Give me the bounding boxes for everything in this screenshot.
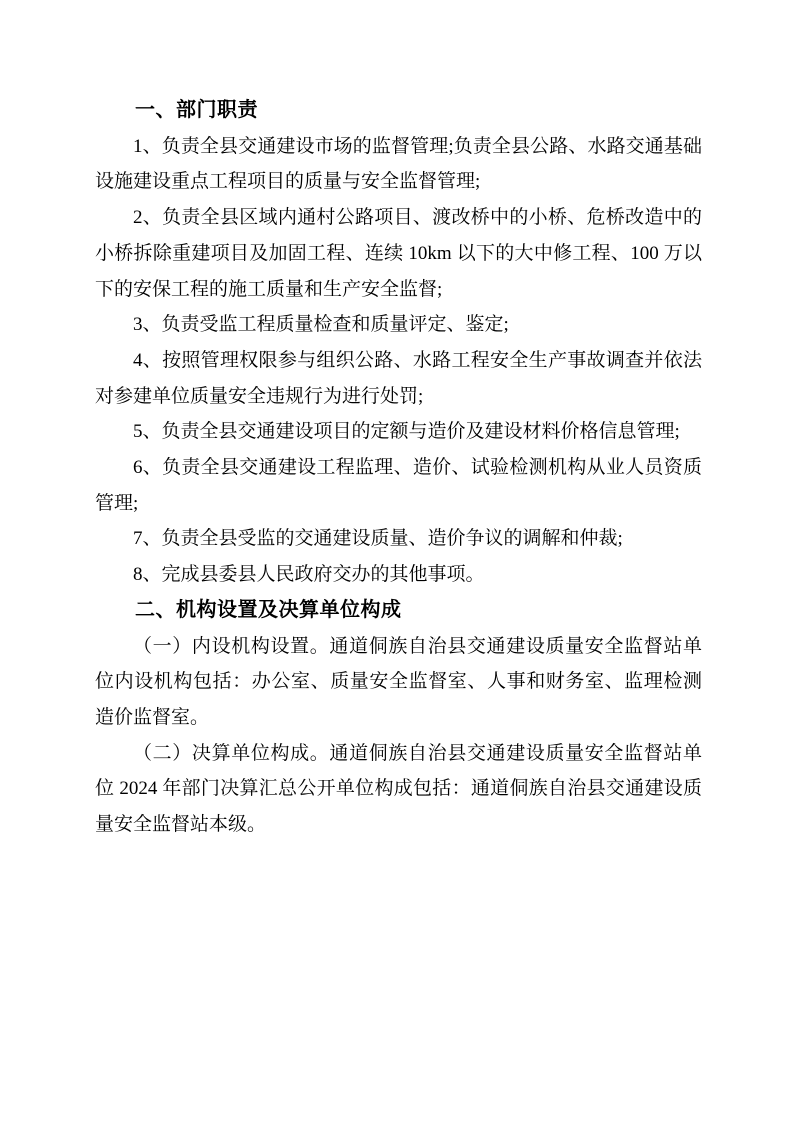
- org-setup-paragraph: （一）内设机构设置。通道侗族自治县交通建设质量安全监督站单位内设机构包括：办公室…: [95, 629, 702, 736]
- duty-paragraph-7: 7、负责全县受监的交通建设质量、造价争议的调解和仲裁;: [95, 521, 702, 557]
- duty-paragraph-6: 6、负责全县交通建设工程监理、造价、试验检测机构从业人员资质管理;: [95, 450, 702, 521]
- section-heading-2: 二、机构设置及决算单位构成: [95, 593, 702, 629]
- document-page: 一、部门职责 1、负责全县交通建设市场的监督管理;负责全县公路、水路交通基础设施…: [0, 0, 793, 1122]
- duty-paragraph-8: 8、完成县委县人民政府交办的其他事项。: [95, 557, 702, 593]
- duty-paragraph-2: 2、负责全县区域内通村公路项目、渡改桥中的小桥、危桥改造中的小桥拆除重建项目及加…: [95, 200, 702, 307]
- duty-paragraph-1: 1、负责全县交通建设市场的监督管理;负责全县公路、水路交通基础设施建设重点工程项…: [95, 129, 702, 200]
- unit-makeup-paragraph: （二）决算单位构成。通道侗族自治县交通建设质量安全监督站单位 2024 年部门决…: [95, 736, 702, 843]
- document-body: 一、部门职责 1、负责全县交通建设市场的监督管理;负责全县公路、水路交通基础设施…: [95, 93, 702, 843]
- duty-paragraph-5: 5、负责全县交通建设项目的定额与造价及建设材料价格信息管理;: [95, 414, 702, 450]
- duty-paragraph-4: 4、按照管理权限参与组织公路、水路工程安全生产事故调查并依法对参建单位质量安全违…: [95, 343, 702, 414]
- section-heading-1: 一、部门职责: [95, 93, 702, 129]
- duty-paragraph-3: 3、负责受监工程质量检查和质量评定、鉴定;: [95, 307, 702, 343]
